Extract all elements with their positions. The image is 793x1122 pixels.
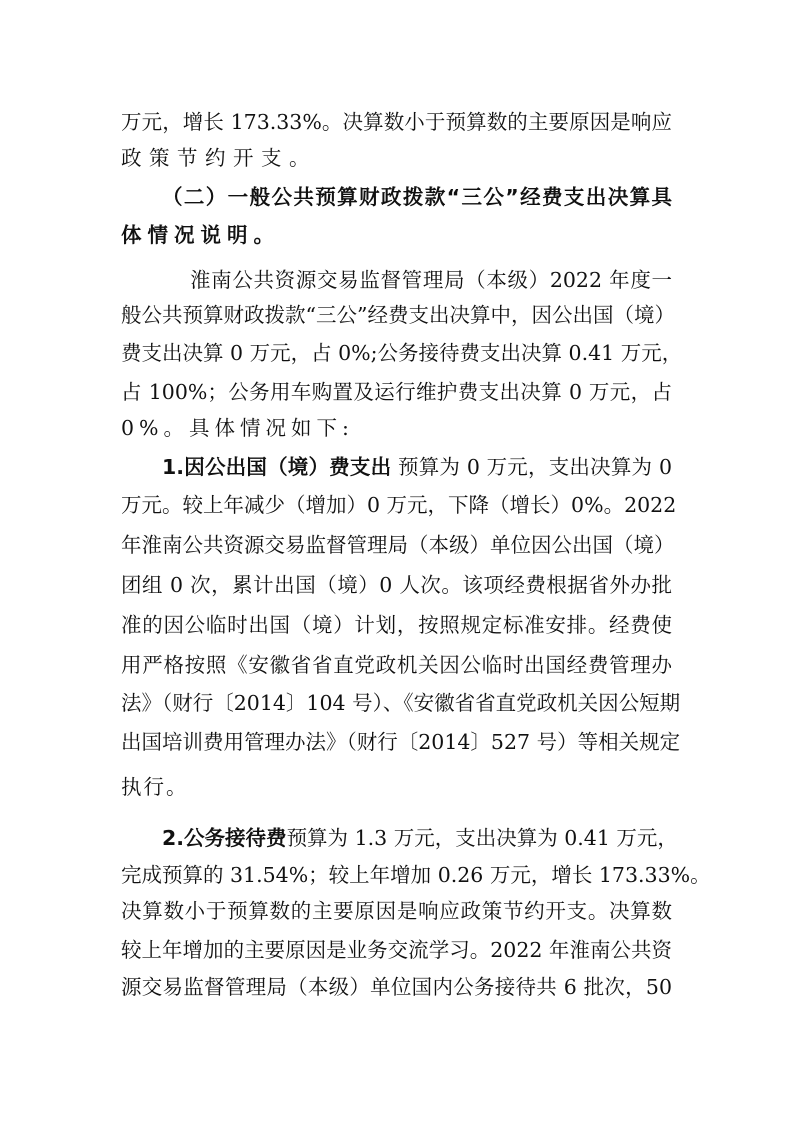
- item-1-line: 用严格按照《安徽省省直党政机关因公临时出国经费管理办: [121, 650, 672, 680]
- item-1-line: 出国培训费用管理办法》（财行〔2014〕527 号）等相关规定: [121, 727, 672, 757]
- section-heading: （二）一般公共预算财政拨款“三公”经费支出决算具: [162, 182, 672, 212]
- text-line: 政策节约开支。: [121, 143, 672, 173]
- item-1-line: 年淮南公共资源交易监督管理局（本级）单位因公出国（境）: [121, 530, 672, 560]
- item-1-line: 准的因公临时出国（境）计划，按照规定标准安排。经费使: [121, 610, 672, 640]
- section-heading-cont: 体情况说明。: [121, 220, 672, 250]
- item-2-line: 决算数小于预算数的主要原因是响应政策节约开支。决算数: [121, 896, 672, 926]
- summary-paragraph-line: 般公共预算财政拨款“三公”经费支出决算中，因公出国（境）: [121, 300, 672, 330]
- item-2-line: 源交易监督管理局（本级）单位国内公务接待共 6 批次，50: [121, 972, 672, 1002]
- item-2-first-line: 2.公务接待费预算为 1.3 万元，支出决算为 0.41 万元，: [162, 823, 672, 853]
- item-2-heading: 2.公务接待费: [162, 826, 287, 850]
- summary-paragraph-line: 0%。具体情况如下:: [121, 413, 672, 443]
- item-1-first-line: 1.因公出国（境）费支出 预算为 0 万元，支出决算为 0: [162, 452, 672, 482]
- item-1-line: 团组 0 次，累计出国（境）0 人次。该项经费根据省外办批: [121, 570, 672, 600]
- item-1-heading: 1.因公出国（境）费支出: [162, 455, 391, 479]
- text-line: 万元，增长 173.33%。决算数小于预算数的主要原因是响应: [121, 107, 672, 137]
- item-2-line: 完成预算的 31.54%；较上年增加 0.26 万元，增长 173.33%。: [121, 860, 672, 890]
- item-2-line: 较上年增加的主要原因是业务交流学习。2022 年淮南公共资: [121, 935, 672, 965]
- item-1-line: 执行。: [121, 772, 672, 802]
- summary-paragraph-line: 占 100%；公务用车购置及运行维护费支出决算 0 万元，占: [121, 377, 672, 407]
- summary-paragraph-line: 费支出决算 0 万元，占 0%;公务接待费支出决算 0.41 万元，: [121, 338, 672, 368]
- item-1-text: 预算为 0 万元，支出决算为 0: [391, 455, 672, 479]
- item-2-text: 预算为 1.3 万元，支出决算为 0.41 万元，: [287, 826, 678, 850]
- item-1-line: 万元。较上年减少（增加）0 万元，下降（增长）0%。2022: [121, 490, 672, 520]
- summary-paragraph-line: 淮南公共资源交易监督管理局（本级）2022 年度一: [190, 265, 672, 295]
- item-1-line: 法》（财行〔2014〕104 号）、《安徽省省直党政机关因公短期: [121, 688, 672, 718]
- document-page: 万元，增长 173.33%。决算数小于预算数的主要原因是响应 政策节约开支。 （…: [0, 0, 793, 1122]
